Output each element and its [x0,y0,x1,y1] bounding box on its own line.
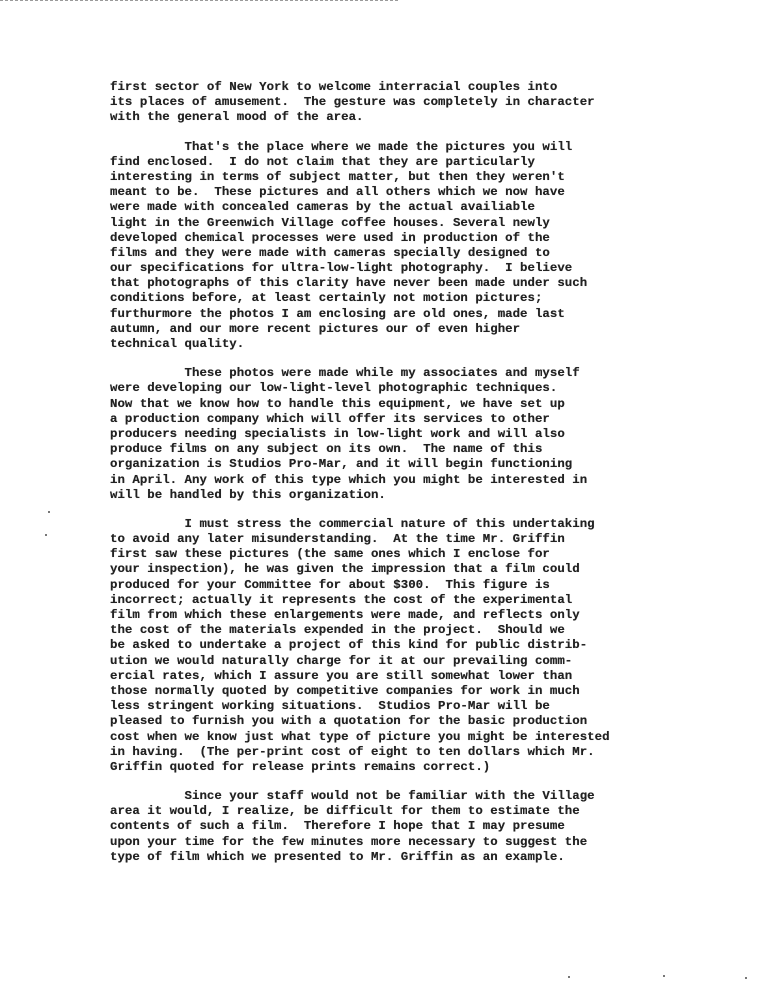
text-line: That's the place where we made the pictu… [110,140,750,155]
text-line: interesting in terms of subject matter, … [110,170,750,185]
text-line: be asked to undertake a project of this … [110,638,750,653]
scan-speck [663,975,665,977]
paragraph-1: first sector of New York to welcome inte… [110,80,750,126]
typewritten-letter-page: first sector of New York to welcome inte… [110,80,750,865]
text-line: type of film which we presented to Mr. G… [110,850,750,865]
text-line: films and they were made with cameras sp… [110,246,750,261]
text-line: area it would, I realize, be difficult f… [110,804,750,819]
text-line: autumn, and our more recent pictures our… [110,322,750,337]
text-line: that photographs of this clarity have ne… [110,276,750,291]
scan-speck [48,511,50,513]
text-line: contents of such a film. Therefore I hop… [110,819,750,834]
paragraph-3: These photos were made while my associat… [110,366,750,503]
top-dashed-rule [0,0,398,1]
text-line: These photos were made while my associat… [110,366,750,381]
paragraph-2: That's the place where we made the pictu… [110,140,750,353]
text-line: developed chemical processes were used i… [110,231,750,246]
text-line: were developing our low-light-level phot… [110,381,750,396]
text-line: film from which these enlargements were … [110,608,750,623]
text-line: meant to be. These pictures and all othe… [110,185,750,200]
text-line: ution we would naturally charge for it a… [110,654,750,669]
text-line: a production company which will offer it… [110,412,750,427]
text-line: its places of amusement. The gesture was… [110,95,750,110]
text-line: producers needing specialists in low-lig… [110,427,750,442]
text-line: your inspection), he was given the impre… [110,562,750,577]
text-line: the cost of the materials expended in th… [110,623,750,638]
text-line: light in the Greenwich Village coffee ho… [110,216,750,231]
paragraph-gap [110,352,750,366]
scan-speck [45,534,47,536]
text-line: our specifications for ultra-low-light p… [110,261,750,276]
paragraph-gap [110,126,750,140]
text-line: will be handled by this organization. [110,488,750,503]
scan-speck [568,976,570,978]
text-line: to avoid any later misunderstanding. At … [110,532,750,547]
paragraph-gap [110,503,750,517]
text-line: first sector of New York to welcome inte… [110,80,750,95]
text-line: conditions before, at least certainly no… [110,291,750,306]
text-line: I must stress the commercial nature of t… [110,517,750,532]
text-line: were made with concealed cameras by the … [110,200,750,215]
paragraph-gap [110,775,750,789]
text-line: those normally quoted by competitive com… [110,684,750,699]
scan-speck [745,977,747,979]
text-line: Now that we know how to handle this equi… [110,397,750,412]
text-line: in having. (The per-print cost of eight … [110,745,750,760]
text-line: furthurmore the photos I am enclosing ar… [110,307,750,322]
text-line: Griffin quoted for release prints remain… [110,760,750,775]
text-line: find enclosed. I do not claim that they … [110,155,750,170]
text-line: first saw these pictures (the same ones … [110,547,750,562]
text-line: organization is Studios Pro-Mar, and it … [110,457,750,472]
text-line: upon your time for the few minutes more … [110,835,750,850]
text-line: incorrect; actually it represents the co… [110,593,750,608]
paragraph-5: Since your staff would not be familiar w… [110,789,750,865]
text-line: Since your staff would not be familiar w… [110,789,750,804]
text-line: with the general mood of the area. [110,110,750,125]
text-line: produce films on any subject on its own.… [110,442,750,457]
text-line: pleased to furnish you with a quotation … [110,714,750,729]
text-line: less stringent working situations. Studi… [110,699,750,714]
text-line: produced for your Committee for about $3… [110,578,750,593]
text-line: technical quality. [110,337,750,352]
text-line: ercial rates, which I assure you are sti… [110,669,750,684]
text-line: cost when we know just what type of pict… [110,730,750,745]
text-line: in April. Any work of this type which yo… [110,473,750,488]
paragraph-4: I must stress the commercial nature of t… [110,517,750,775]
